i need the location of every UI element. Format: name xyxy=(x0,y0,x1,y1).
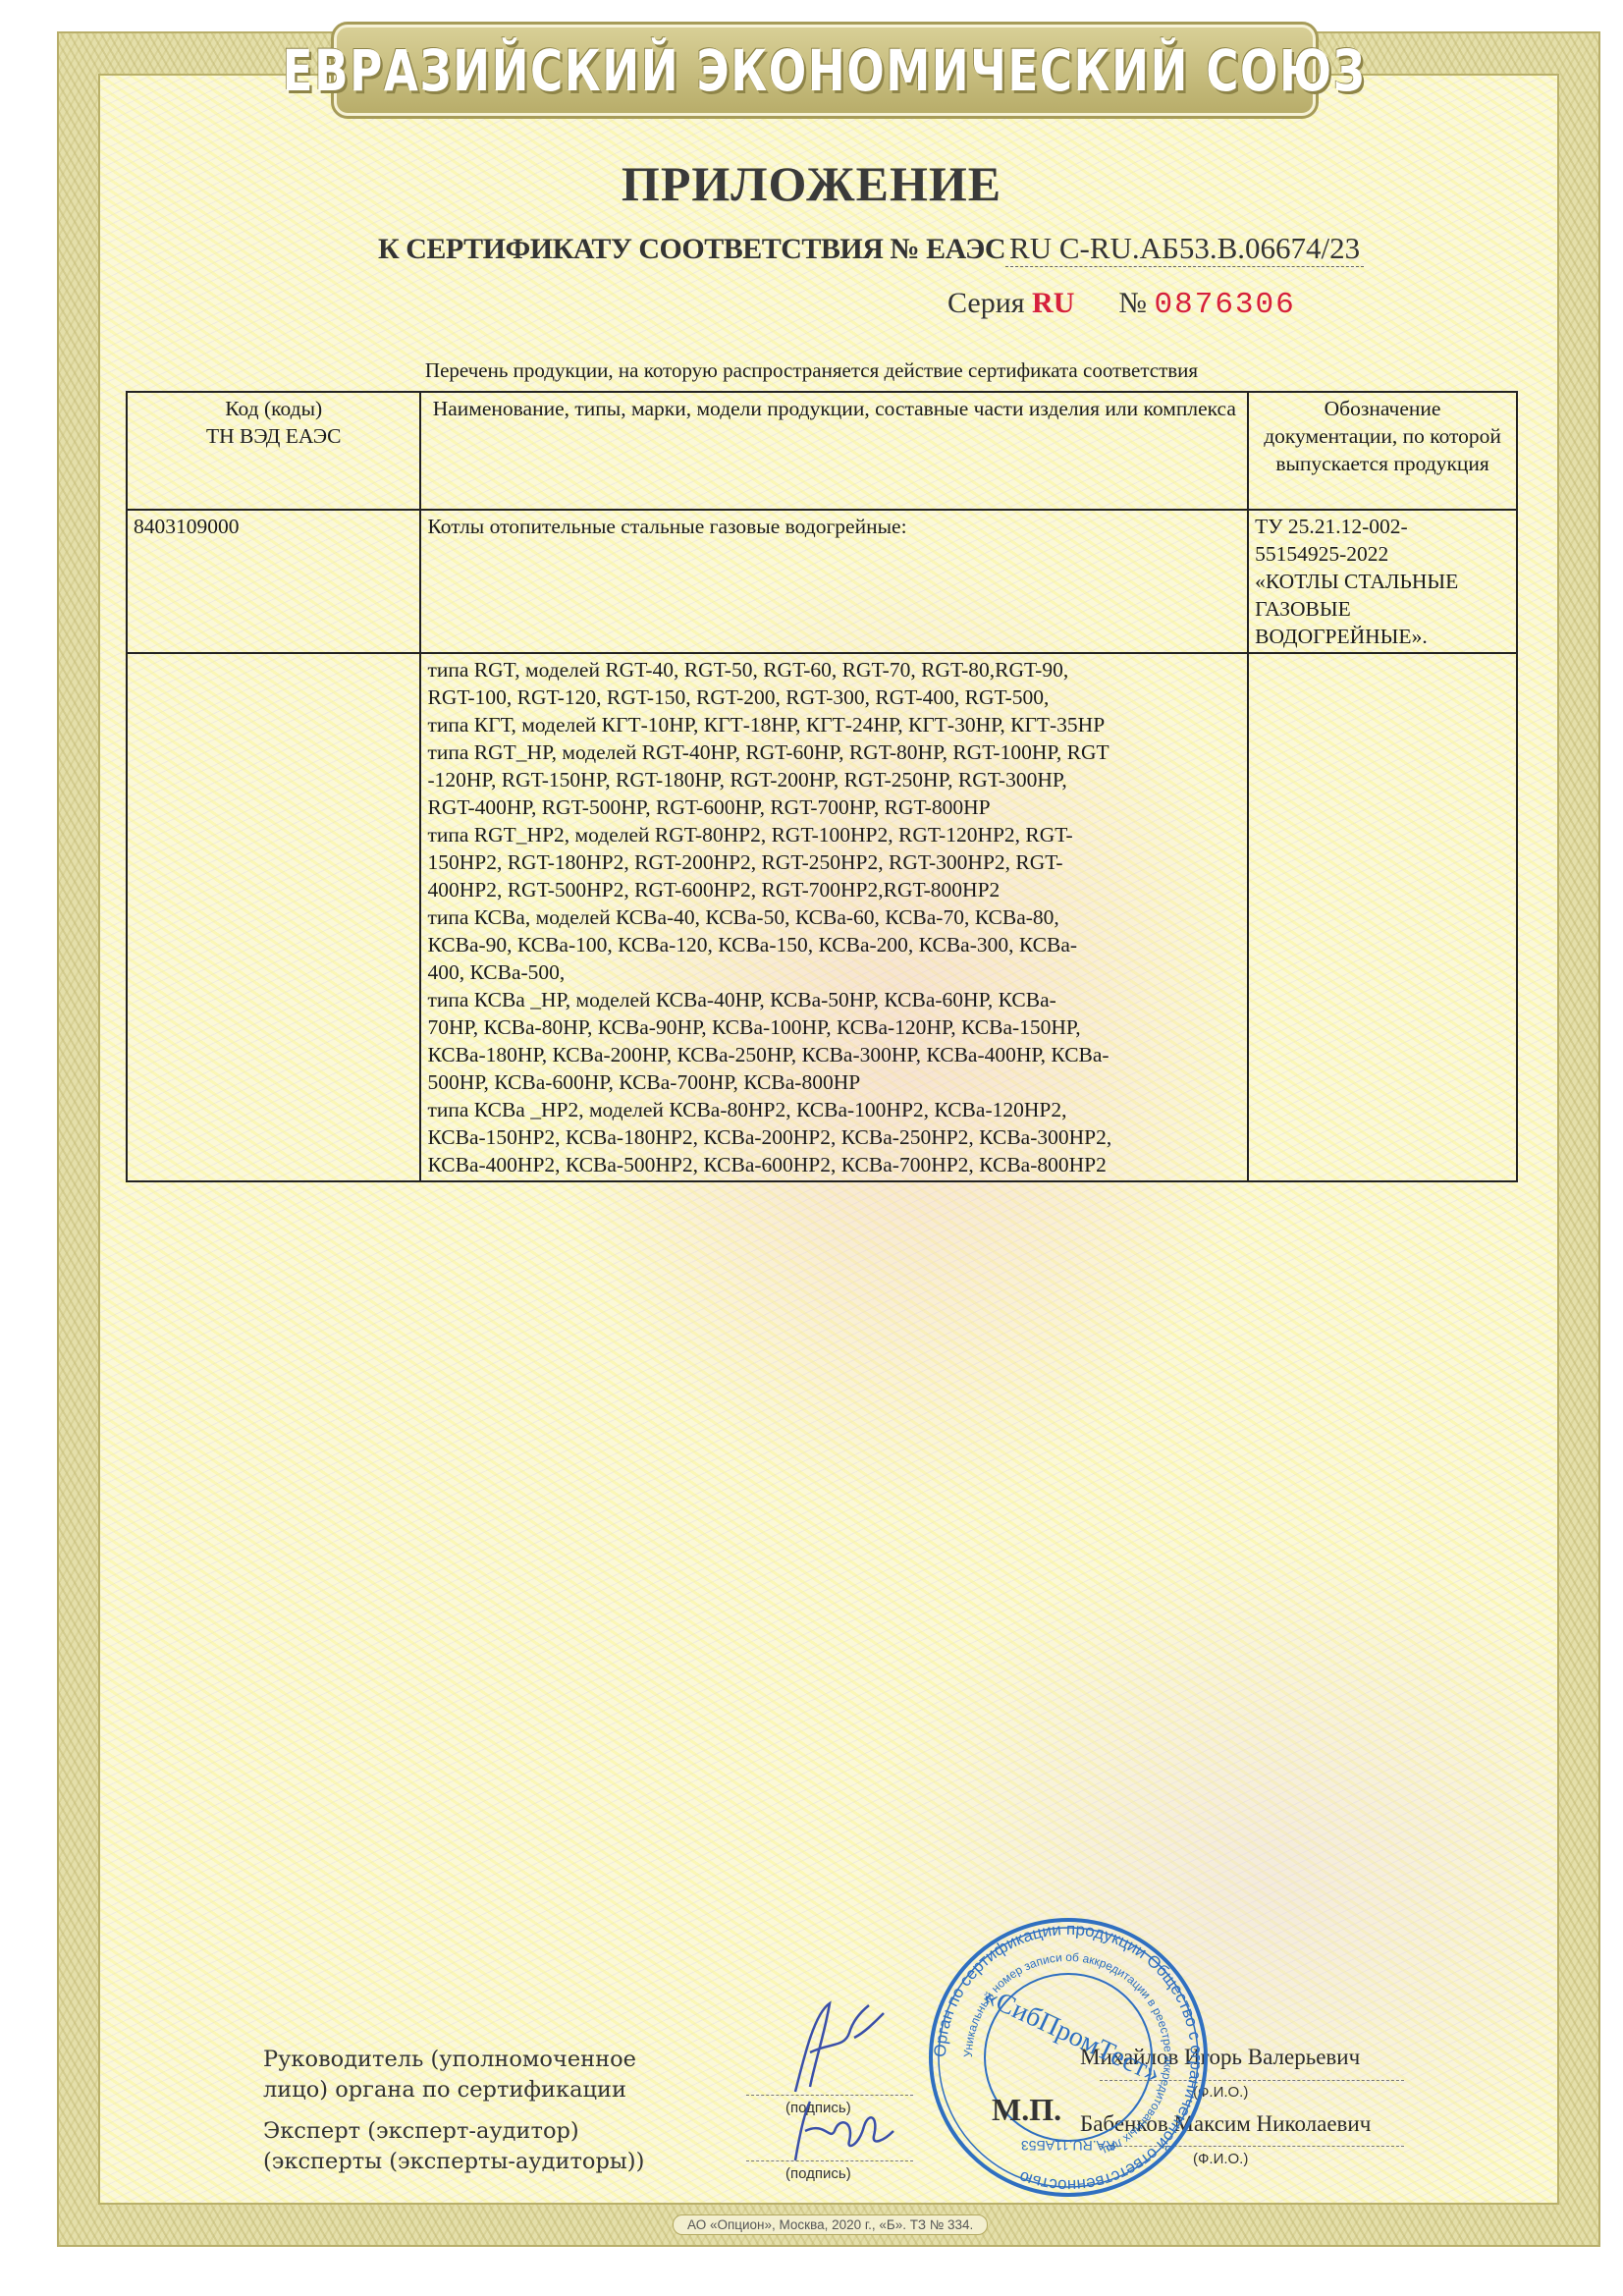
page-title: ПРИЛОЖЕНИЕ xyxy=(0,155,1623,212)
series-label: Серия xyxy=(947,287,1025,319)
union-banner-text: ЕВРАЗИЙСКИЙ ЭКОНОМИЧЕСКИЙ СОЮЗ xyxy=(283,37,1367,104)
doc-line: ВОДОГРЕЙНЫЕ». xyxy=(1255,623,1510,650)
table-row: типа RGT, моделей RGT-40, RGT-50, RGT-60… xyxy=(127,653,1517,1181)
number-label: № xyxy=(1118,287,1147,319)
stamp-center-text: «СибПромТест» xyxy=(979,1981,1165,2090)
model-line: типа КСВа _НР2, моделей КСВа-80НР2, КСВа… xyxy=(427,1096,1241,1123)
head-signature-scribble xyxy=(776,1994,893,2102)
model-line: 150HP2, RGT-180HP2, RGT-200HP2, RGT-250H… xyxy=(427,848,1241,876)
table-caption: Перечень продукции, на которую распростр… xyxy=(0,358,1623,383)
certificate-reference: К СЕРТИФИКАТУ СООТВЕТСТВИЯ № ЕАЭСRU C-RU… xyxy=(378,231,1364,267)
head-label-line: лицо) органа по сертификации xyxy=(263,2075,636,2105)
model-line: 400, КСВа-500, xyxy=(427,958,1241,986)
column-header-name: Наименование, типы, марки, модели продук… xyxy=(420,392,1248,510)
expert-label-line: Эксперт (эксперт-аудитор) xyxy=(263,2116,644,2147)
doc-line: ГАЗОВЫЕ xyxy=(1255,595,1510,623)
printer-note: АО «Опцион», Москва, 2020 г., «Б». ТЗ № … xyxy=(673,2214,988,2235)
series-line: Серия RU № 0876306 xyxy=(947,287,1296,322)
row-code xyxy=(127,653,420,1181)
doc-line: 55154925-2022 xyxy=(1255,540,1510,568)
model-line: 70НР, КСВа-80НР, КСВа-90НР, КСВа-100НР, … xyxy=(427,1013,1241,1041)
doc-line: ТУ 25.21.12-002- xyxy=(1255,513,1510,540)
expert-signature-scribble xyxy=(785,2092,903,2170)
column-header-doc: Обозначение документации, по которой вып… xyxy=(1248,392,1517,510)
model-line: КСВа-90, КСВа-100, КСВа-120, КСВа-150, К… xyxy=(427,931,1241,958)
certificate-number: RU C-RU.АБ53.В.06674/23 xyxy=(1005,231,1364,267)
head-label: Руководитель (уполномоченное лицо) орган… xyxy=(263,2045,636,2105)
column-header-code: Код (коды) ТН ВЭД ЕАЭС xyxy=(127,392,420,510)
model-line: типа RGT_HP2, моделей RGT-80HP2, RGT-100… xyxy=(427,821,1241,848)
certificate-prefix: К СЕРТИФИКАТУ СООТВЕТСТВИЯ № ЕАЭС xyxy=(378,233,1005,265)
model-line: типа RGT, моделей RGT-40, RGT-50, RGT-60… xyxy=(427,656,1241,683)
expert-label-line: (эксперты (эксперты-аудиторы)) xyxy=(263,2147,644,2177)
table-header-row: Код (коды) ТН ВЭД ЕАЭС Наименование, тип… xyxy=(127,392,1517,510)
union-banner: ЕВРАЗИЙСКИЙ ЭКОНОМИЧЕСКИЙ СОЮЗ xyxy=(334,25,1316,116)
expert-label: Эксперт (эксперт-аудитор) (эксперты (экс… xyxy=(263,2116,644,2177)
row-models: типа RGT, моделей RGT-40, RGT-50, RGT-60… xyxy=(420,653,1248,1181)
certification-body-stamp: Орган по сертификации продукции Общество… xyxy=(901,1915,1235,2200)
model-line: типа RGT_HP, моделей RGT-40HP, RGT-60HP,… xyxy=(427,738,1241,766)
model-line: типа КСВа _НР, моделей КСВа-40НР, КСВа-5… xyxy=(427,986,1241,1013)
series-value: RU xyxy=(1032,287,1074,319)
blank-number: 0876306 xyxy=(1155,288,1296,322)
model-line: типа КСВа, моделей КСВа-40, КСВа-50, КСВ… xyxy=(427,903,1241,931)
seal-label: М.П. xyxy=(992,2092,1061,2128)
model-line: 500НР, КСВа-600НР, КСВа-700НР, КСВа-800Н… xyxy=(427,1068,1241,1096)
model-line: 400HP2, RGT-500HP2, RGT-600HP2, RGT-700H… xyxy=(427,876,1241,903)
model-line: RGT-100, RGT-120, RGT-150, RGT-200, RGT-… xyxy=(427,683,1241,711)
row-name: Котлы отопительные стальные газовые водо… xyxy=(420,510,1248,653)
stamp-reg-number: RA.RU.11АБ53 xyxy=(1021,2138,1115,2154)
model-line: КСВа-180НР, КСВа-200НР, КСВа-250НР, КСВа… xyxy=(427,1041,1241,1068)
row-doc: ТУ 25.21.12-002- 55154925-2022 «КОТЛЫ СТ… xyxy=(1248,510,1517,653)
model-line: КСВа-150НР2, КСВа-180НР2, КСВа-200НР2, К… xyxy=(427,1123,1241,1151)
table-row: 8403109000 Котлы отопительные стальные г… xyxy=(127,510,1517,653)
row-code: 8403109000 xyxy=(127,510,420,653)
model-line: КСВа-400НР2, КСВа-500НР2, КСВа-600НР2, К… xyxy=(427,1151,1241,1178)
model-line: RGT-400HP, RGT-500HP, RGT-600HP, RGT-700… xyxy=(427,793,1241,821)
row-doc xyxy=(1248,653,1517,1181)
model-line: -120HP, RGT-150HP, RGT-180HP, RGT-200HP,… xyxy=(427,766,1241,793)
doc-line: «КОТЛЫ СТАЛЬНЫЕ xyxy=(1255,568,1510,595)
products-table: Код (коды) ТН ВЭД ЕАЭС Наименование, тип… xyxy=(126,391,1518,1182)
model-line: типа КГТ, моделей КГТ-10НР, КГТ-18НР, КГ… xyxy=(427,711,1241,738)
head-label-line: Руководитель (уполномоченное xyxy=(263,2045,636,2075)
